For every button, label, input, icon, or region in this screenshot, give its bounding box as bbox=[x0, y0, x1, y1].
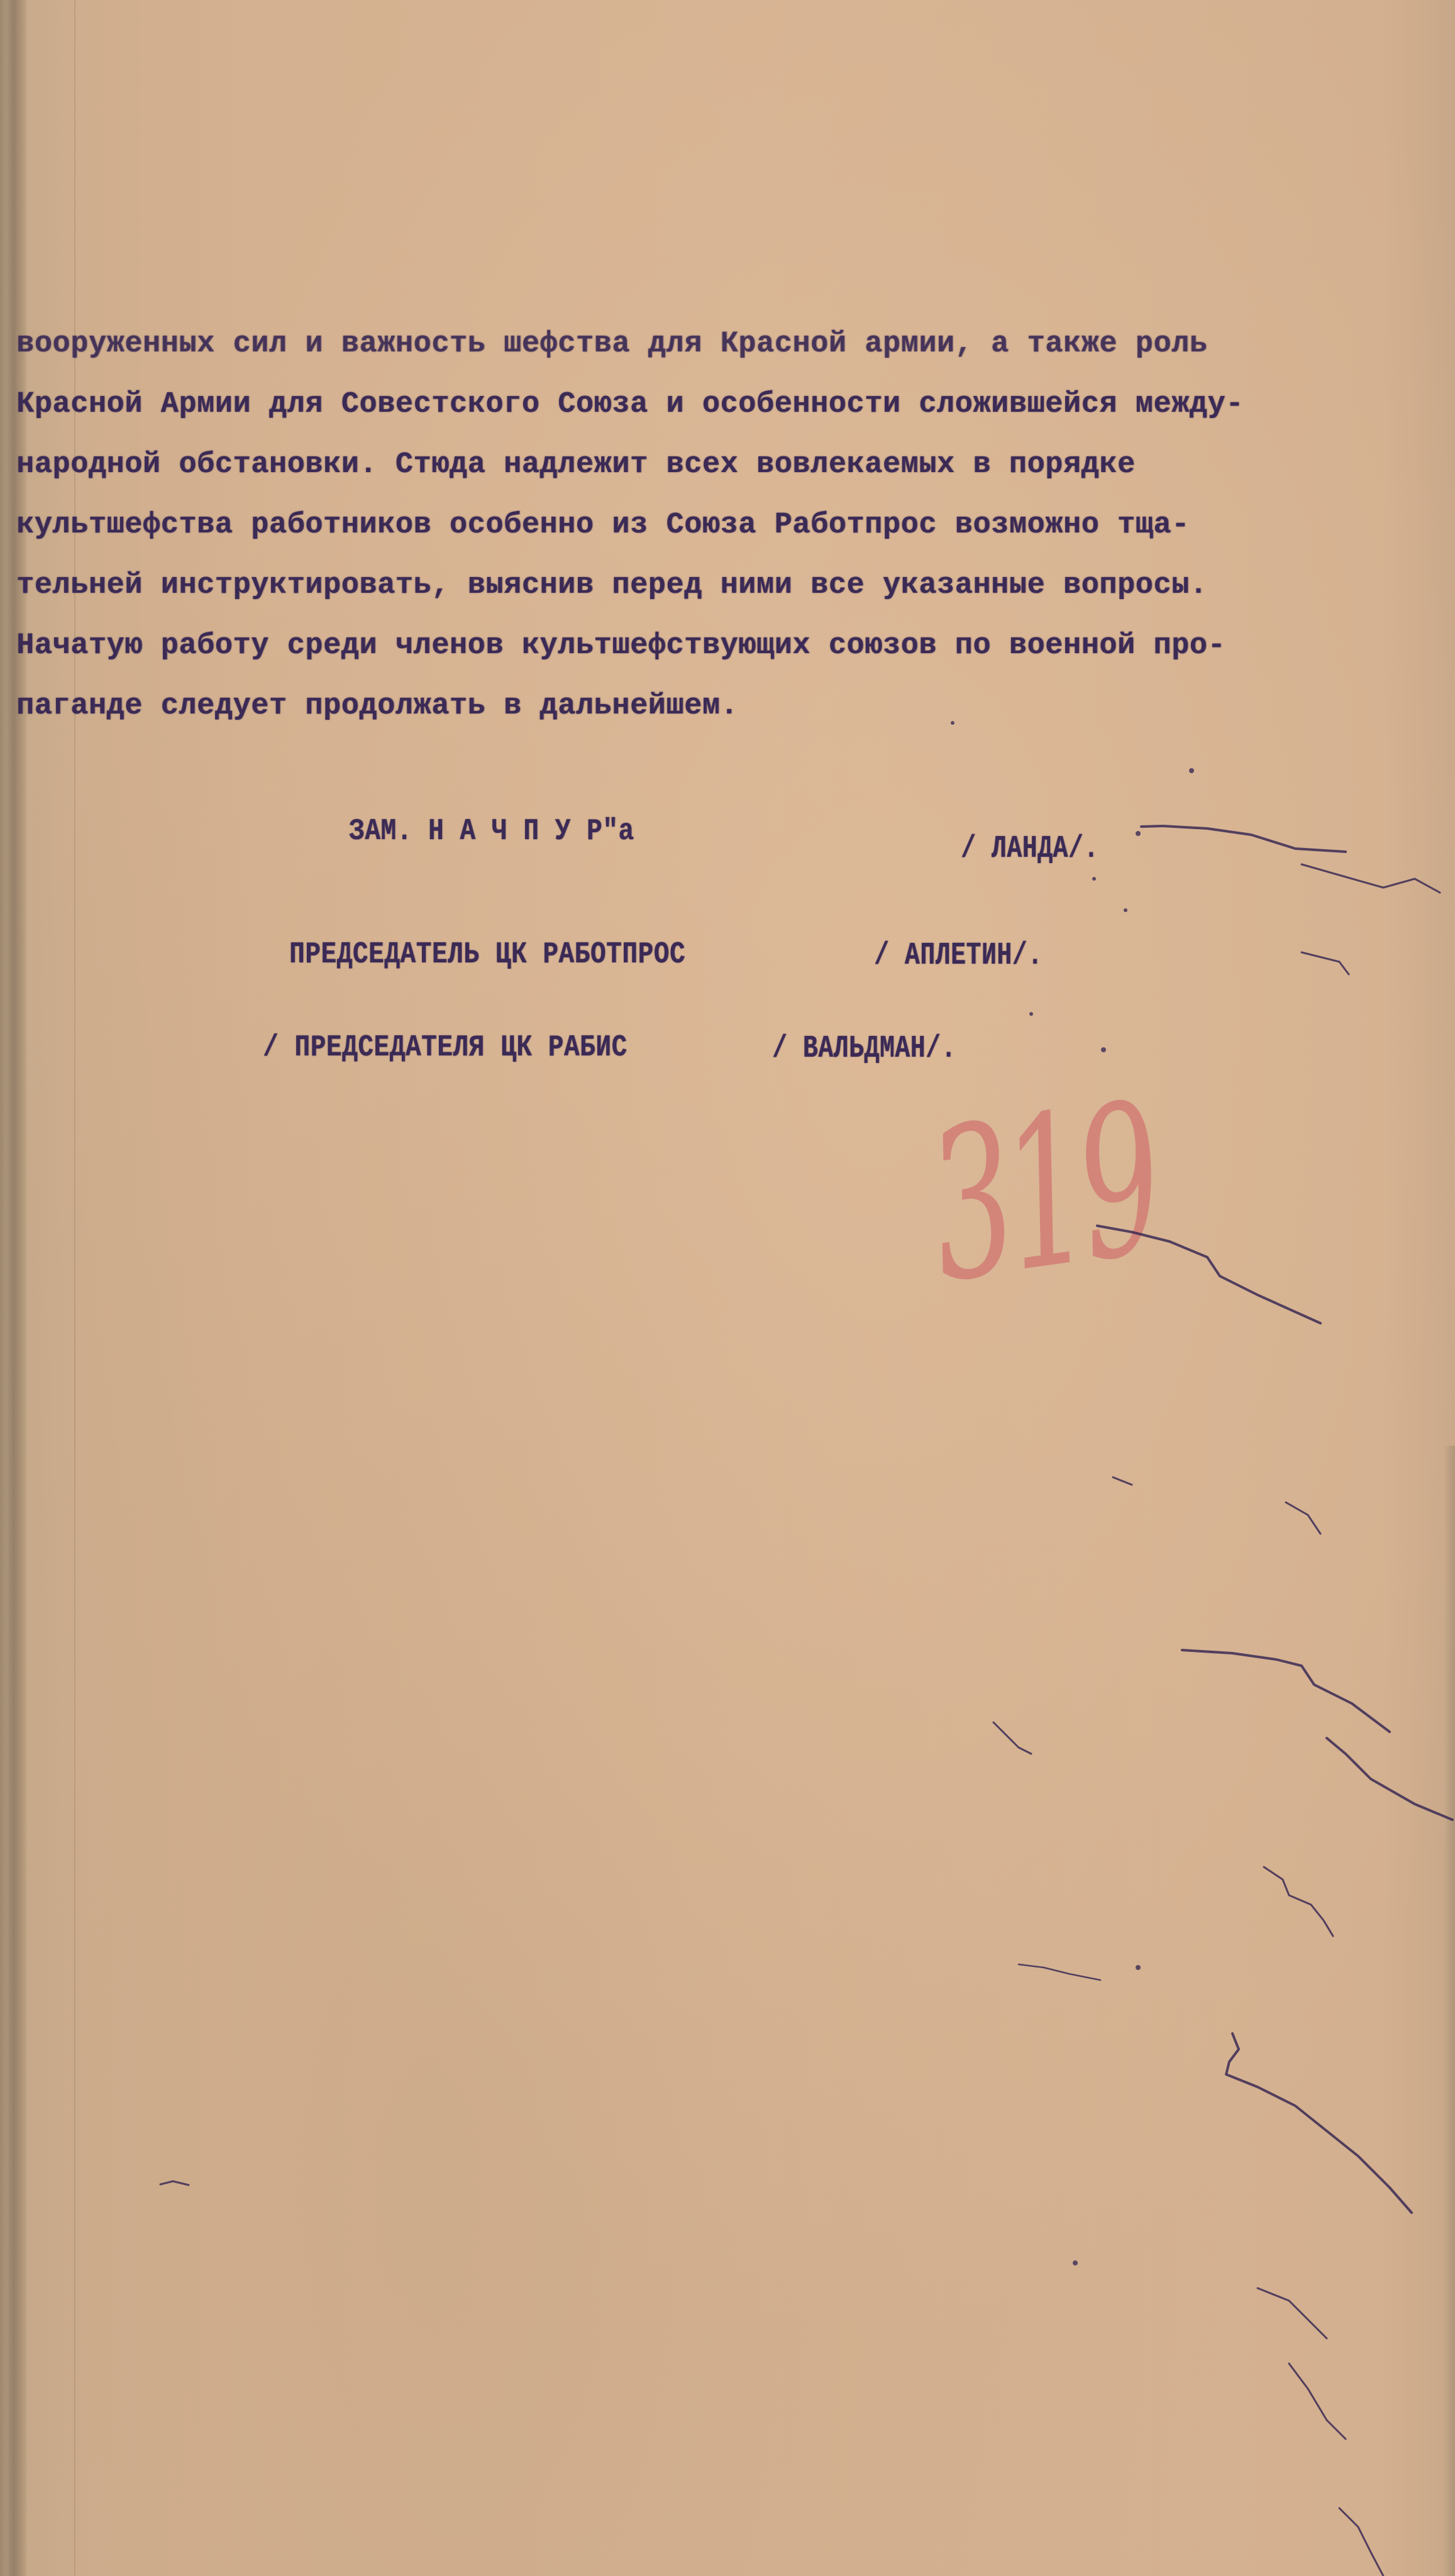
signatory-name: / ВАЛЬДМАН/. bbox=[772, 1031, 956, 1067]
signatory-title: ЗАМ. Н А Ч П У Р"а bbox=[349, 815, 634, 849]
signatory-name: / АПЛЕТИН/. bbox=[874, 938, 1043, 974]
signatory-title: ПРЕДСЕДАТЕЛЬ ЦК РАБОТПРОС bbox=[289, 938, 685, 972]
body-line: паганде следует продолжать в дальнейшем. bbox=[16, 676, 1431, 737]
body-line: народной обстановки. Стюда надлежит всех… bbox=[16, 435, 1431, 495]
body-line: Начатую работу среди членов культшефству… bbox=[16, 616, 1431, 676]
body-line: тельней инструктировать, выяснив перед н… bbox=[16, 556, 1431, 616]
document-page: вооруженных сил и важность шефства для К… bbox=[0, 0, 1455, 2576]
letter-body: вооруженных сил и важность шефства для К… bbox=[16, 314, 1431, 737]
body-line: вооруженных сил и важность шефства для К… bbox=[16, 314, 1431, 375]
page-edge-shadow bbox=[1444, 1446, 1455, 2576]
folio-number: 319 bbox=[918, 1076, 1167, 1312]
signatory-name: / ЛАНДА/. bbox=[961, 831, 1099, 867]
signatory-title: / ПРЕДСЕДАТЕЛЯ ЦК РАБИС bbox=[263, 1031, 628, 1065]
body-line: Красной Армии для Совестского Союза и ос… bbox=[16, 375, 1431, 435]
body-line: культшефства работников особенно из Союз… bbox=[16, 495, 1431, 556]
